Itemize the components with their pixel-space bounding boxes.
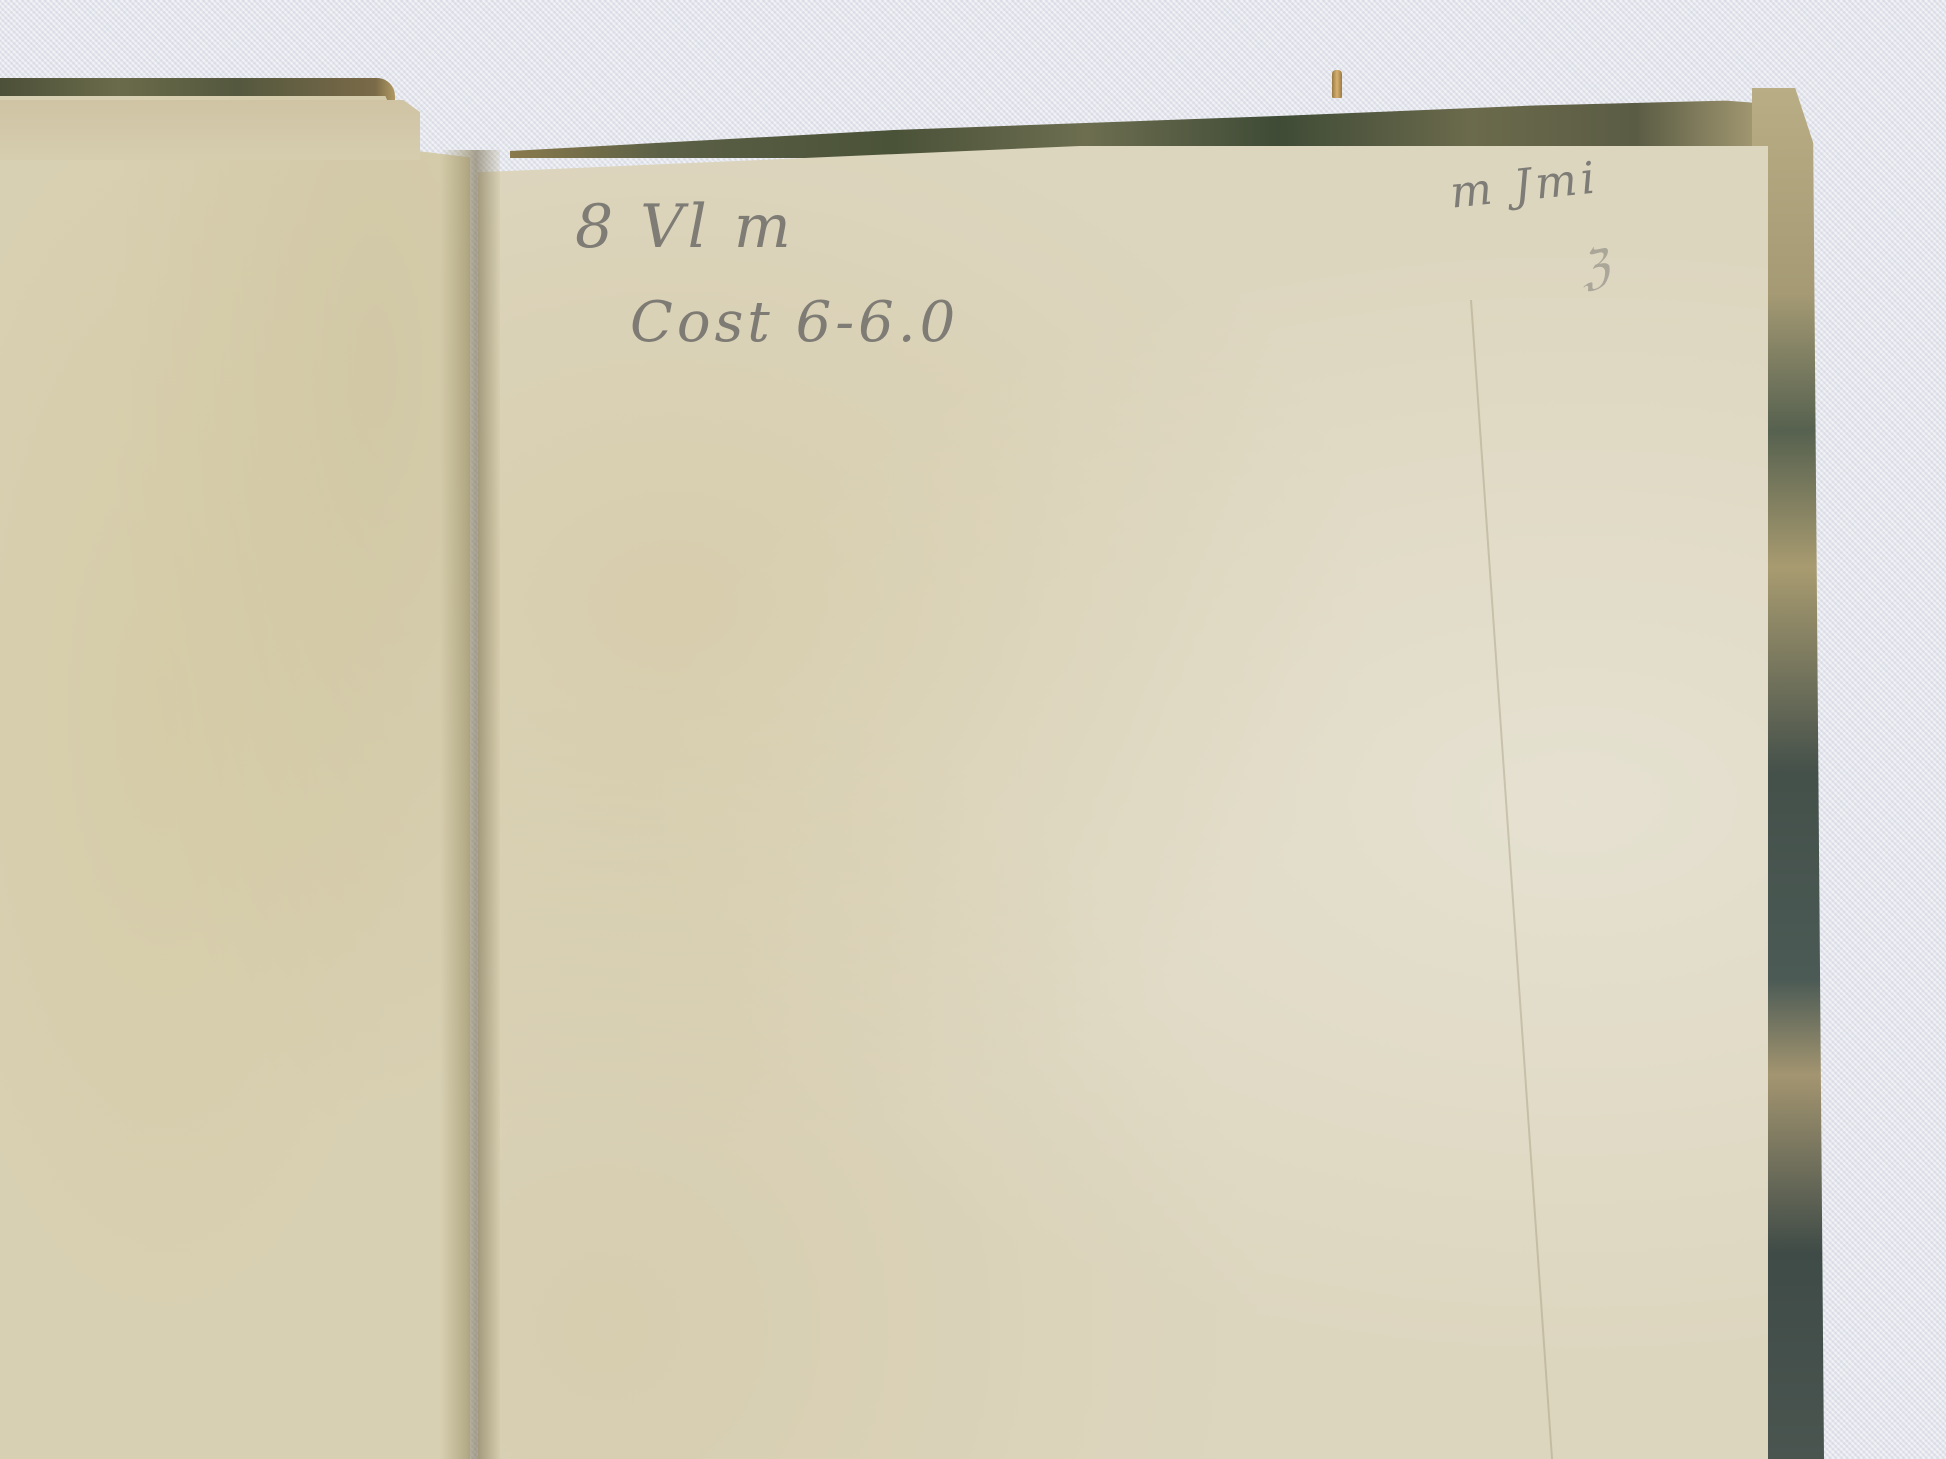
left-page-top-fold (0, 100, 420, 160)
book-gutter (440, 150, 500, 1459)
binding-pin (1332, 70, 1342, 98)
book-photo: 8 Vl m Cost 6-6.0 m Jmi ℨ (0, 0, 1946, 1459)
left-page (0, 96, 470, 1459)
pencil-inscription-cost: Cost 6-6.0 (630, 290, 959, 355)
pencil-inscription-shelfmark: 8 Vl m (575, 192, 795, 262)
